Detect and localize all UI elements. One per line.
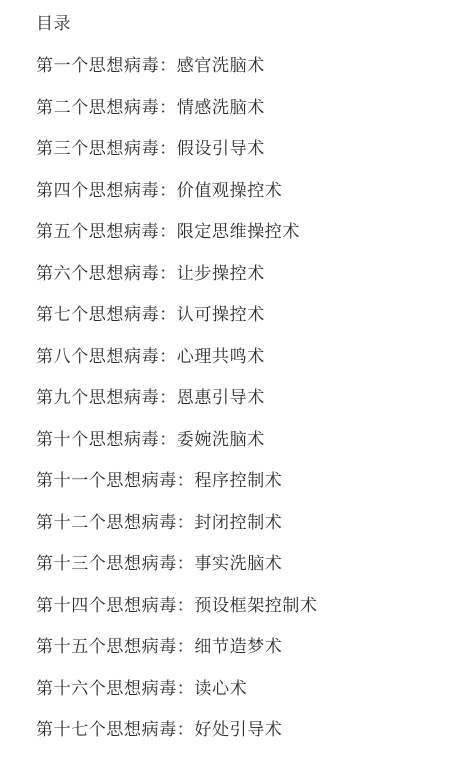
document-page: 目录 第一个思想病毒：感官洗脑术 第二个思想病毒：情感洗脑术 第三个思想病毒：假… bbox=[0, 0, 450, 761]
toc-entry-16[interactable]: 第十六个思想病毒：读心术 bbox=[36, 677, 318, 719]
toc-entry-1[interactable]: 第一个思想病毒：感官洗脑术 bbox=[36, 54, 318, 96]
toc-entry-7[interactable]: 第七个思想病毒：认可操控术 bbox=[36, 303, 318, 345]
toc-entry-8[interactable]: 第八个思想病毒：心理共鸣术 bbox=[36, 345, 318, 387]
toc-entry-3[interactable]: 第三个思想病毒：假设引导术 bbox=[36, 137, 318, 179]
toc-entry-15[interactable]: 第十五个思想病毒：细节造梦术 bbox=[36, 635, 318, 677]
toc-entry-17[interactable]: 第十七个思想病毒：好处引导术 bbox=[36, 718, 318, 760]
toc-title: 目录 bbox=[36, 12, 71, 36]
toc-entry-10[interactable]: 第十个思想病毒：委婉洗脑术 bbox=[36, 428, 318, 470]
toc-entry-4[interactable]: 第四个思想病毒：价值观操控术 bbox=[36, 179, 318, 221]
toc-entry-13[interactable]: 第十三个思想病毒：事实洗脑术 bbox=[36, 552, 318, 594]
toc-entry-9[interactable]: 第九个思想病毒：恩惠引导术 bbox=[36, 386, 318, 428]
toc-entry-14[interactable]: 第十四个思想病毒：预设框架控制术 bbox=[36, 594, 318, 636]
toc-entry-12[interactable]: 第十二个思想病毒：封闭控制术 bbox=[36, 511, 318, 553]
toc-entry-6[interactable]: 第六个思想病毒：让步操控术 bbox=[36, 262, 318, 304]
toc-entry-11[interactable]: 第十一个思想病毒：程序控制术 bbox=[36, 469, 318, 511]
toc-list: 第一个思想病毒：感官洗脑术 第二个思想病毒：情感洗脑术 第三个思想病毒：假设引导… bbox=[36, 54, 318, 760]
toc-entry-5[interactable]: 第五个思想病毒：限定思维操控术 bbox=[36, 220, 318, 262]
toc-entry-2[interactable]: 第二个思想病毒：情感洗脑术 bbox=[36, 96, 318, 138]
